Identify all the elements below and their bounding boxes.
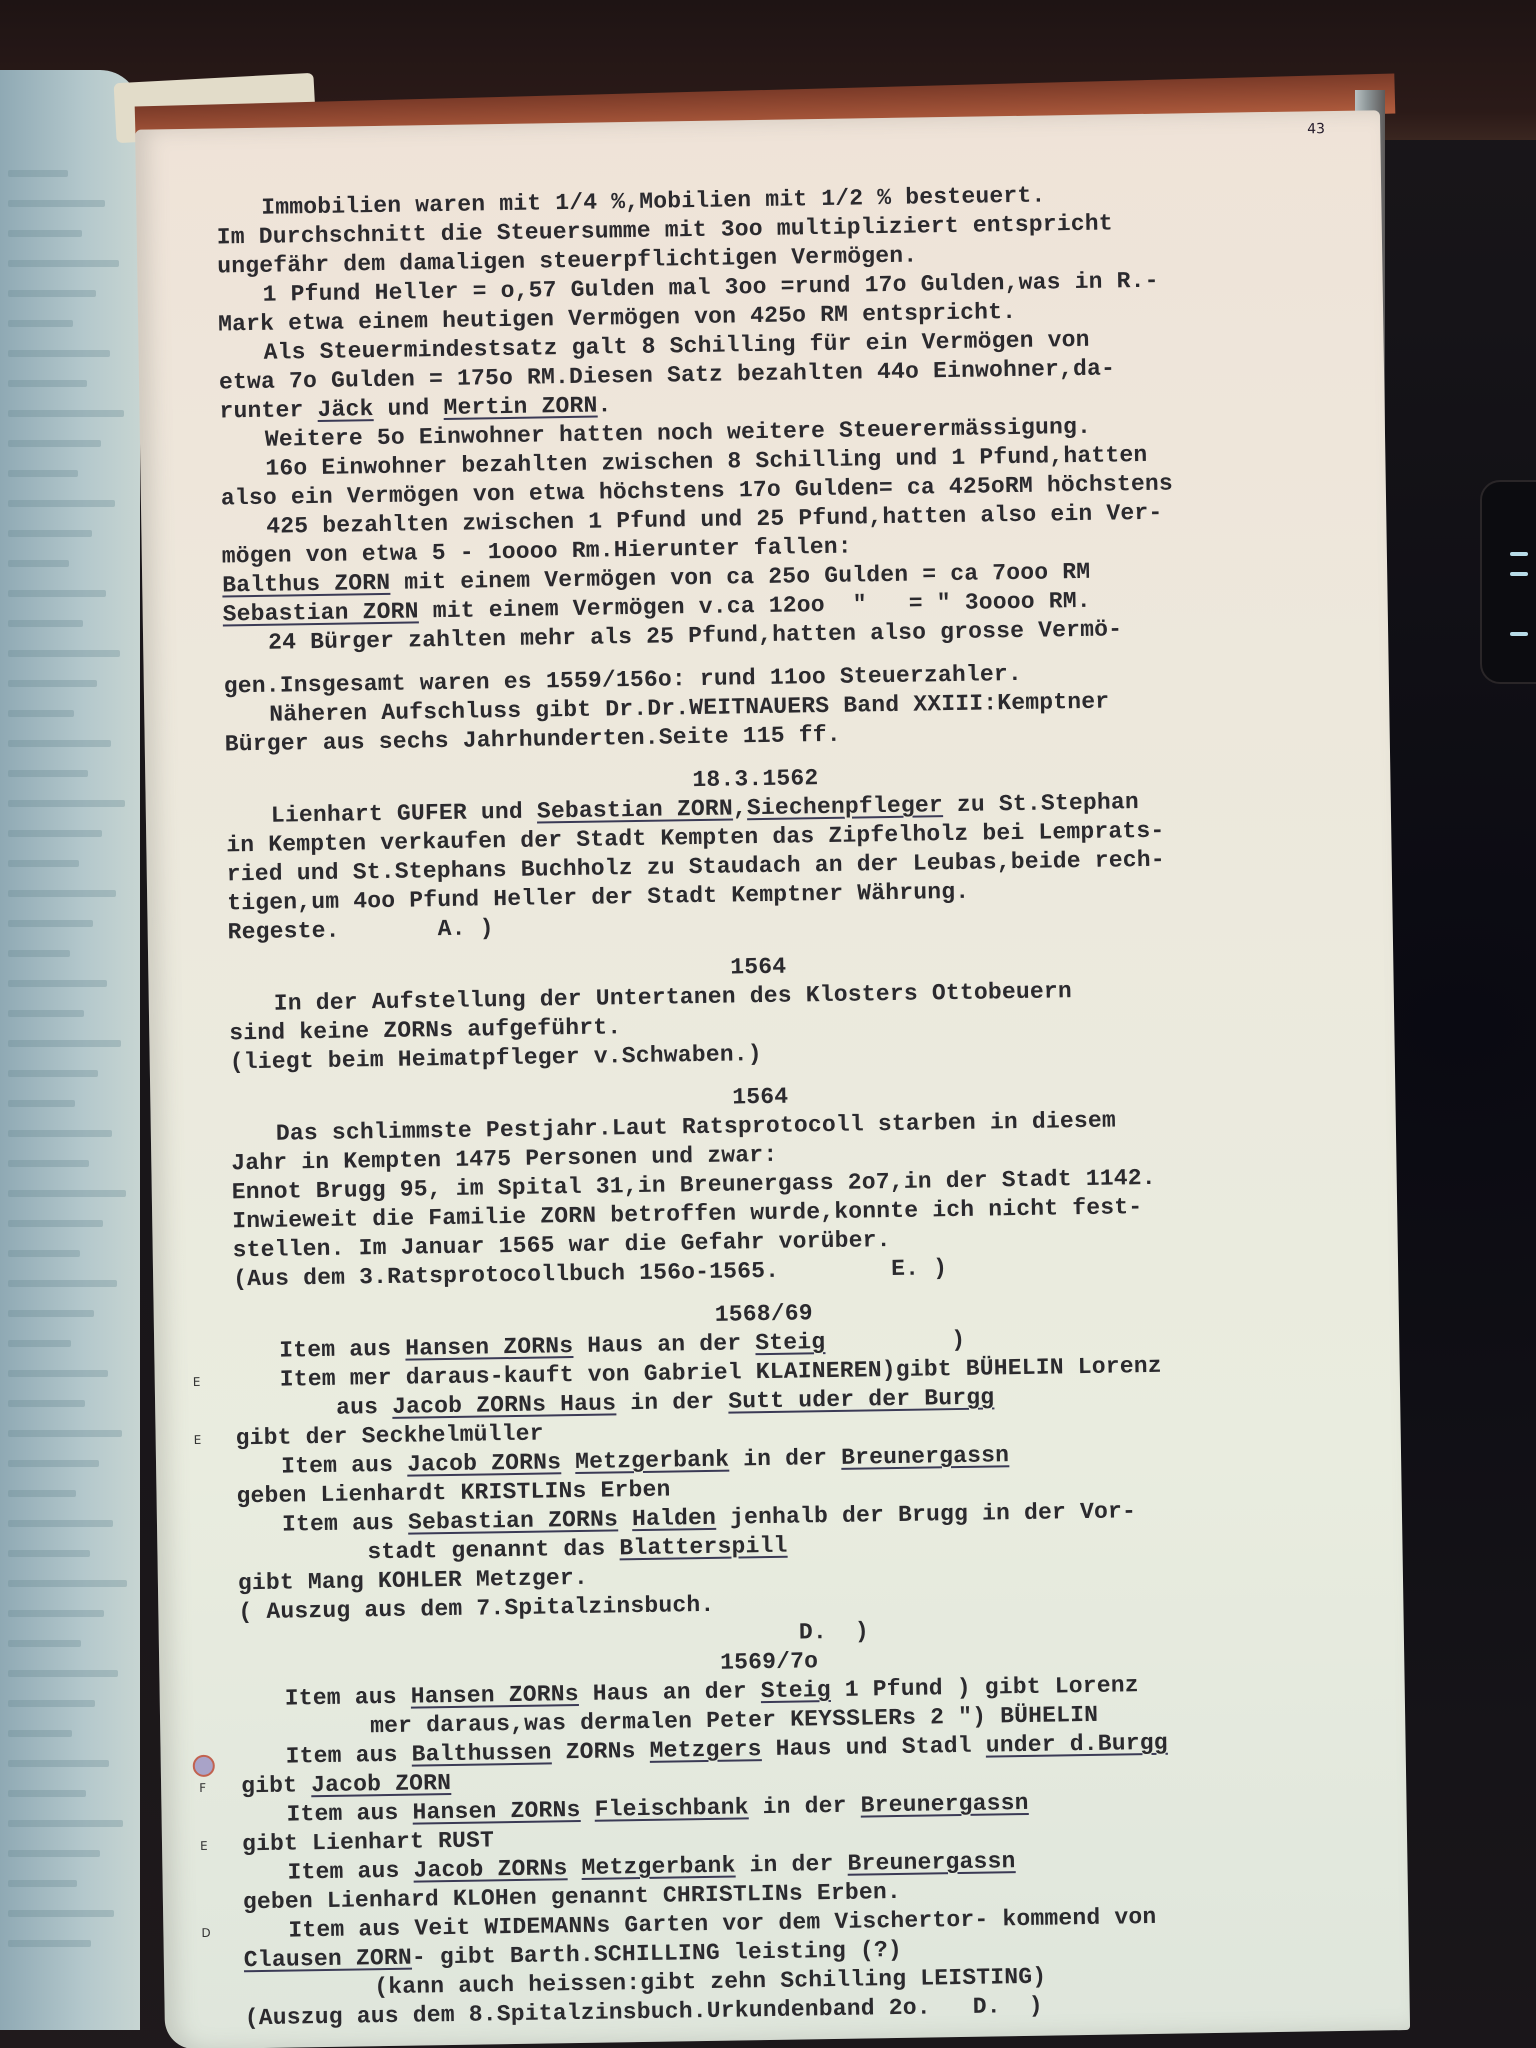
margin-mark: E (193, 1375, 201, 1389)
left-facing-page (0, 70, 140, 2030)
device-object (1480, 480, 1536, 684)
margin-mark: E (200, 1839, 208, 1853)
margin-mark: E (194, 1433, 202, 1447)
margin-mark: D (201, 1926, 210, 1940)
circle-stamp-icon (193, 1755, 215, 1777)
typewritten-text: Immobilien waren mit 1/4 %,Mobilien mit … (216, 177, 1365, 2033)
page-number: 43 (1307, 121, 1325, 137)
document-page: 43 Immobilien waren mit 1/4 %,Mobilien m… (135, 110, 1410, 2048)
margin-mark: F (199, 1781, 206, 1795)
